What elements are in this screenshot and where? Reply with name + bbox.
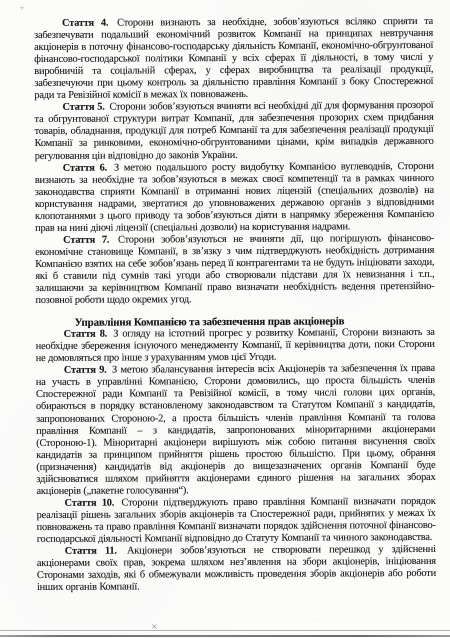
article-11-label: Стаття 11. [65,546,119,557]
article-10-label: Стаття 10. [65,497,117,508]
article-11-paragraph: Стаття 11. Акціонери зобов’язуються не с… [37,544,436,594]
article-5-paragraph: Стаття 5. Сторони зобов’язуються вчиняти… [34,100,433,162]
document-text-block: Стаття 4. Сторони визнають за необхідне,… [34,16,436,594]
scan-edge-line [0,630,450,631]
article-5-label: Стаття 5. [62,102,106,113]
article-4-paragraph: Стаття 4. Сторони визнають за необхідне,… [34,16,433,102]
scanned-document-page: + Стаття 4. Сторони визнають за необхідн… [0,0,450,638]
article-9-paragraph: Стаття 9. З метою збалансування інтересі… [36,363,436,498]
article-6-paragraph: Стаття 6. З метою подальшого росту видоб… [35,160,434,234]
article-8-paragraph: Стаття 8. З огляду на істотний прогрес у… [36,327,435,365]
article-8-label: Стаття 8. [64,329,109,340]
scan-artifact-corner-mark: + [19,4,25,12]
article-9-text: З метою збалансування інтересів всіх Акц… [36,363,436,497]
article-6-label: Стаття 6. [63,162,109,173]
article-4-text: Сторони визнають за необхідне, зобов’язу… [34,16,433,101]
article-4-label: Стаття 4. [62,18,110,29]
scan-edge-shadow [0,635,450,637]
article-9-label: Стаття 9. [64,365,109,376]
article-7-paragraph: Стаття 7. Сторони зобов’язуються не вчин… [35,233,434,307]
article-10-paragraph: Стаття 10. Сторони підтверджують право п… [37,496,436,546]
article-7-label: Стаття 7. [63,234,111,245]
scan-artifact-speck-2: · [316,616,318,624]
